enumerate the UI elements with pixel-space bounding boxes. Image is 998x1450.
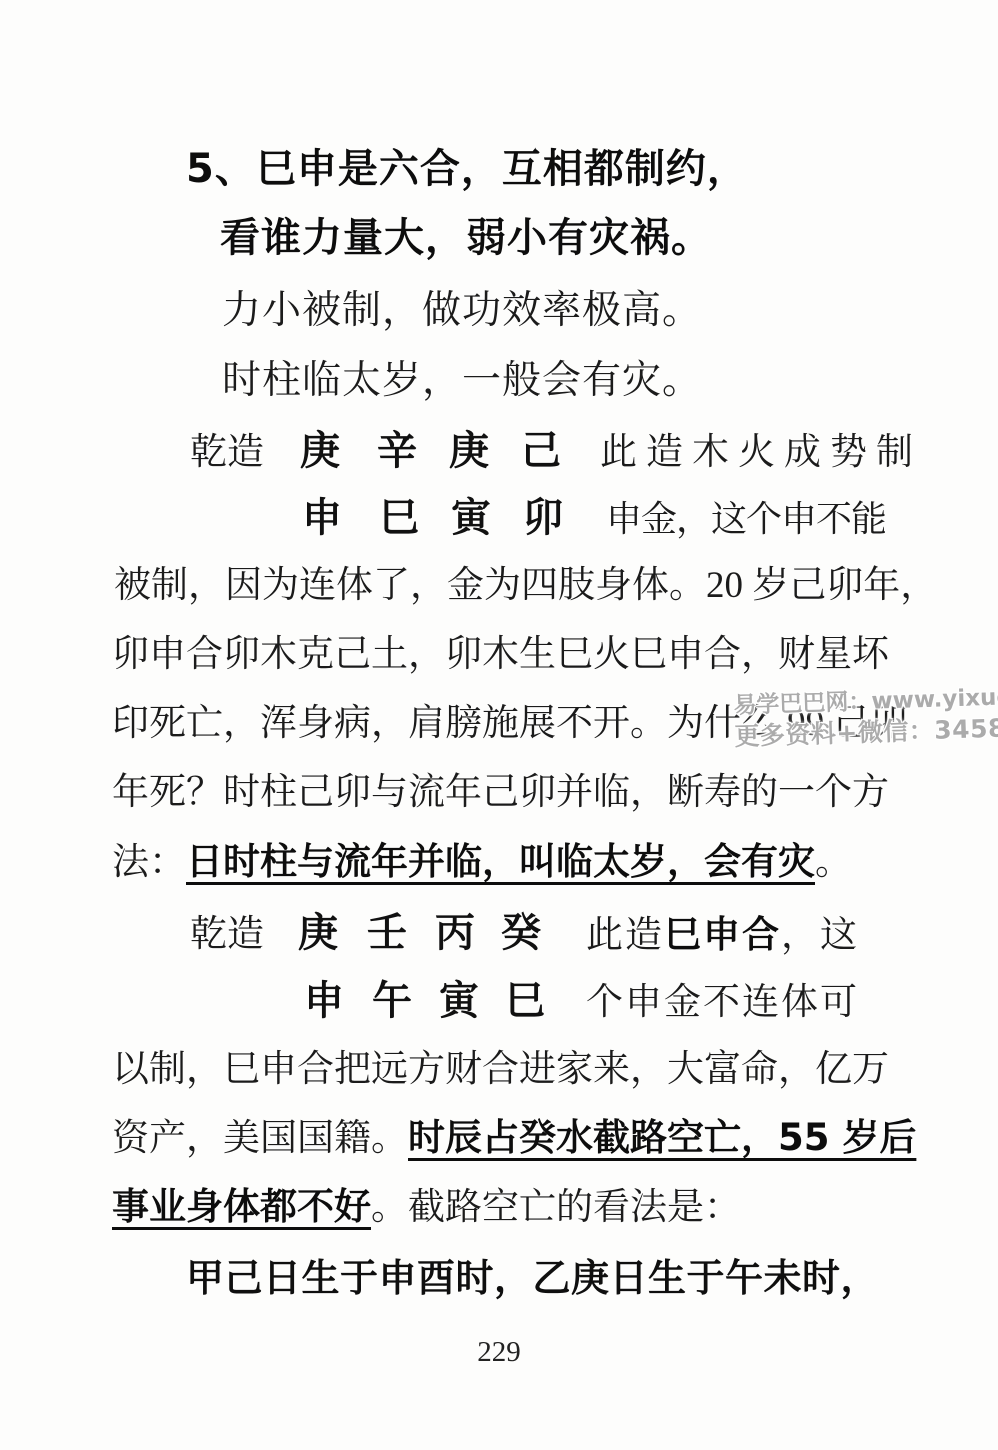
paragraph2-line3: 事业身体都不好。截路空亡的看法是： <box>112 1186 741 1230</box>
chart-1-branch-4: 卯 <box>523 497 563 539</box>
chart-1-branch-3: 寅 <box>451 497 491 539</box>
chart-2-note-line1-suffix: ，这 <box>781 915 859 956</box>
paragraph1-line5-prefix: 法： <box>112 842 186 883</box>
chart-2-branch-2: 午 <box>372 980 412 1022</box>
chart-2-note-line1-bold: 巳申合 <box>664 913 781 956</box>
paragraph1-line5: 法：日时柱与流年并临，叫临太岁，会有灾。 <box>112 841 852 885</box>
chart-1-stem-1: 庚 <box>300 430 340 472</box>
chart-1-branch-2: 巳 <box>379 497 419 539</box>
chart-2-note-line1-prefix: 此造 <box>586 915 664 956</box>
section-heading-line2: 看谁力量大，弱小有灾祸。 <box>220 216 712 260</box>
chart-2-stem-2: 壬 <box>367 912 407 954</box>
paragraph2-line3-emphasis: 事业身体都不好 <box>112 1185 371 1228</box>
paragraph2-line2-emphasis: 时辰占癸水截路空亡，55 岁后 <box>408 1116 916 1159</box>
paragraph2-line3-suffix: 。截路空亡的看法是： <box>371 1187 741 1228</box>
chart-2-stem-4: 癸 <box>501 912 541 954</box>
paragraph1-line5-suffix: 。 <box>815 842 852 883</box>
chart-1-stem-3: 庚 <box>449 430 489 472</box>
intro-line-1: 力小被制，做功效率极高。 <box>222 290 702 333</box>
chart-1-note-line2: 申金，这个申不能 <box>606 500 886 540</box>
intro-line-2: 时柱临太岁，一般会有灾。 <box>222 360 702 403</box>
chart-2-stem-3: 丙 <box>435 912 475 954</box>
chart-1-branch-1: 申 <box>302 497 342 539</box>
paragraph2-line2: 资产，美国国籍。时辰占癸水截路空亡，55 岁后 <box>112 1117 916 1161</box>
paragraph2-line1: 以制，巳申合把远方财合进家来，大富命，亿万 <box>112 1049 889 1092</box>
chart-2-branch-3: 寅 <box>439 980 479 1022</box>
chart-2-branch-1: 申 <box>304 980 344 1022</box>
paragraph1-line5-emphasis: 日时柱与流年并临，叫临太岁，会有灾 <box>186 840 815 883</box>
chart-2-label: 乾造 <box>190 915 264 956</box>
scanned-book-page: 5、巳申是六合，互相都制约， 看谁力量大，弱小有灾祸。 力小被制，做功效率极高。… <box>0 0 998 1450</box>
paragraph1-line2: 卯申合卯木克己土，卯木生巳火巳申合，财星坏 <box>112 634 889 677</box>
chart-2-stem-1: 庚 <box>298 912 338 954</box>
chart-1-note-line1: 此造木火成势制 <box>600 433 922 474</box>
paragraph1-line4: 年死？时柱己卯与流年己卯并临，断寿的一个方 <box>112 772 889 815</box>
chart-2-note-line1: 此造巳申合，这 <box>586 915 859 957</box>
chart-2-note-line2: 个申金不连体可 <box>586 983 859 1024</box>
paragraph1-line3: 印死亡，浑身病，肩膀施展不开。为什么 99 己卯 <box>112 703 908 746</box>
closing-line: 甲己日生于申酉时，乙庚日生于午未时， <box>186 1259 879 1301</box>
chart-1-stem-2: 辛 <box>377 430 417 472</box>
paragraph2-line2-prefix: 资产，美国国籍。 <box>112 1118 408 1159</box>
chart-1-stem-4: 己 <box>521 430 561 472</box>
chart-2-branch-4: 巳 <box>505 980 545 1022</box>
page-number: 229 <box>0 1336 998 1369</box>
chart-1-label: 乾造 <box>190 433 264 474</box>
section-heading-line1: 5、巳申是六合，互相都制约， <box>186 147 748 191</box>
paragraph1-line1: 被制，因为连体了，金为四肢身体。20 岁己卯年， <box>114 565 937 608</box>
